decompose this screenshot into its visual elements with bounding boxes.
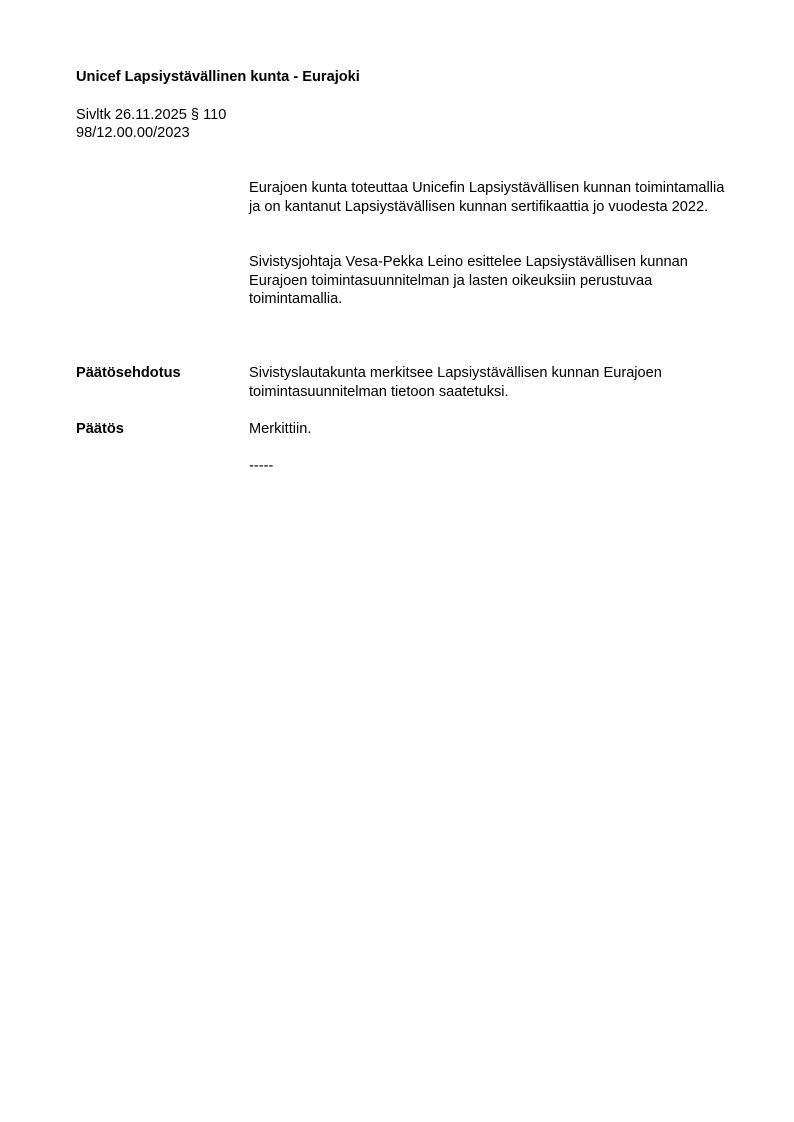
meeting-reference: Sivltk 26.11.2025 § 110 — [76, 107, 226, 125]
document-page: Unicef Lapsiystävällinen kunta - Eurajok… — [0, 0, 794, 1122]
proposal-label: Päätösehdotus — [76, 364, 181, 383]
paragraph-text: Merkittiin. — [249, 420, 739, 439]
end-mark: ----- — [249, 457, 739, 476]
intro-paragraph: Eurajoen kunta toteuttaa Unicefin Lapsiy… — [249, 179, 739, 216]
paragraph-text: Eurajoen kunta toteuttaa Unicefin Lapsiy… — [249, 179, 739, 216]
paragraph-text: Sivistyslautakunta merkitsee Lapsiystävä… — [249, 364, 739, 401]
paragraph-text: Sivistysjohtaja Vesa-Pekka Leino esittel… — [249, 253, 739, 309]
decision-text: Merkittiin. — [249, 420, 739, 439]
proposal-text: Sivistyslautakunta merkitsee Lapsiystävä… — [249, 364, 739, 401]
presentation-paragraph: Sivistysjohtaja Vesa-Pekka Leino esittel… — [249, 253, 739, 309]
document-meta: Sivltk 26.11.2025 § 110 98/12.00.00/2023 — [76, 107, 226, 142]
record-id: 98/12.00.00/2023 — [76, 125, 226, 143]
decision-label: Päätös — [76, 420, 124, 439]
document-title: Unicef Lapsiystävällinen kunta - Eurajok… — [76, 69, 360, 86]
